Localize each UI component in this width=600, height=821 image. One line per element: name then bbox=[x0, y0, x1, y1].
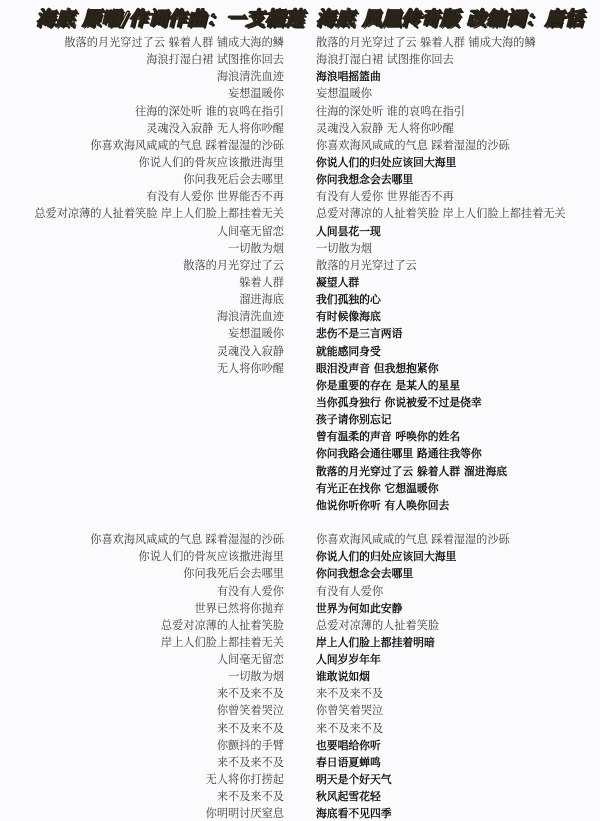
lyric-line: 散落的月光穿过了云 bbox=[0, 257, 284, 274]
lyric-line: 无人将你吵醒 bbox=[0, 360, 284, 377]
lyric-line: 散落的月光穿过了云 躲着人群 铺成大海的鳞 bbox=[316, 34, 600, 51]
lyric-line-changed: 有光正在找你 它想温暖你 bbox=[316, 480, 600, 497]
lyric-line: 海浪打湿白裙 试图推你回去 bbox=[0, 51, 284, 68]
lyric-line-changed: 明天是个好天气 bbox=[316, 771, 600, 788]
lyric-line-changed: 岸上人们脸上都挂着明暗 bbox=[316, 634, 600, 651]
lyric-line: 有没有人爱你 bbox=[0, 583, 284, 600]
lyric-line-changed: 悲伤不是三言两语 bbox=[316, 325, 600, 342]
lyric-line: 岸上人们脸上都挂着无关 bbox=[0, 634, 284, 651]
lyric-line: 总爱对凉薄的人扯着笑脸 岸上人们脸上都挂着无关 bbox=[0, 205, 284, 222]
lyric-line-changed: 你说人们的归处应该回大海里 bbox=[316, 548, 600, 565]
lyric-line: 有没有人爱你 世界能否不再 bbox=[316, 188, 600, 205]
lyric-line: 你喜欢海风咸咸的气息 踩着湿湿的沙砾 bbox=[316, 531, 600, 548]
lyric-line-changed: 海底看不见四季 bbox=[316, 805, 600, 821]
lyric-line: 你喜欢海风咸咸的气息 踩着湿湿的沙砾 bbox=[0, 531, 284, 548]
lyric-line: 你喜欢海风咸咸的气息 踩着湿湿的沙砾 bbox=[0, 137, 284, 154]
lyric-line-changed: 你问我想念会去哪里 bbox=[316, 171, 600, 188]
lyric-line: 灵魂没入寂静 无人将你吵醒 bbox=[316, 120, 600, 137]
lyric-line: 你喜欢海风咸咸的气息 踩着湿湿的沙砾 bbox=[316, 137, 600, 154]
lyric-line: 躲着人群 bbox=[0, 274, 284, 291]
lyric-line: 总爱对凉薄的人扯着笑脸 bbox=[316, 617, 600, 634]
lyric-line bbox=[0, 463, 284, 480]
lyrics-comparison-page: 海底 原唱/作词作曲：一支榴莲 海底 凤凰传奇版 改编词：唐恬 散落的月光穿过了… bbox=[0, 0, 600, 821]
lyric-line: 你明明讨厌窒息 bbox=[0, 805, 284, 821]
lyric-line bbox=[0, 445, 284, 462]
lyric-line: 来不及来不及 bbox=[0, 754, 284, 771]
lyric-line: 妄想温暖你 bbox=[0, 325, 284, 342]
lyric-line: 散落的月光穿过了云 躲着人群 铺成大海的鳞 bbox=[0, 34, 284, 51]
lyric-line: 往海的深处听 谁的哀鸣在指引 bbox=[316, 103, 600, 120]
lyric-line-changed: 你是重要的存在 是某人的星星 bbox=[316, 377, 600, 394]
lyric-line: 妄想温暖你 bbox=[0, 85, 284, 102]
lyric-line: 你问我死后会去哪里 bbox=[0, 171, 284, 188]
adapted-version-title: 海底 凤凰传奇版 改编词：唐恬 bbox=[316, 6, 584, 32]
lyric-line: 来不及来不及 bbox=[316, 720, 600, 737]
adapted-lyrics-column: 散落的月光穿过了云 躲着人群 铺成大海的鳞海浪打湿白裙 试图推你回去海浪唱摇篮曲… bbox=[316, 34, 600, 821]
lyric-line: 你曾笑着哭泣 bbox=[0, 702, 284, 719]
lyric-line: 往海的深处听 谁的哀鸣在指引 bbox=[0, 103, 284, 120]
lyric-line: 有没有人爱你 bbox=[316, 583, 600, 600]
lyric-line: 灵魂没入寂静 无人将你吵醒 bbox=[0, 120, 284, 137]
lyric-line: 海浪清洗血迹 bbox=[0, 308, 284, 325]
lyric-line-changed: 人间岁岁年年 bbox=[316, 651, 600, 668]
lyric-line bbox=[0, 377, 284, 394]
lyric-line bbox=[0, 514, 284, 531]
lyric-line: 总爱对薄凉的人扯着笑脸 岸上人们脸上都挂着无关 bbox=[316, 205, 600, 222]
lyric-line bbox=[316, 514, 600, 531]
lyric-line bbox=[0, 480, 284, 497]
lyric-line bbox=[0, 497, 284, 514]
lyric-line: 总爱对凉薄的人扯着笑脸 bbox=[0, 617, 284, 634]
lyric-line-changed: 凝望人群 bbox=[316, 274, 600, 291]
lyric-line: 来不及来不及 bbox=[0, 788, 284, 805]
lyric-line: 人间毫无留恋 bbox=[0, 223, 284, 240]
lyric-line-changed: 也要唱给你听 bbox=[316, 737, 600, 754]
lyric-line: 海浪清洗血迹 bbox=[0, 68, 284, 85]
lyric-line-changed: 就能感同身受 bbox=[316, 343, 600, 360]
lyric-line: 世界已然将你抛弃 bbox=[0, 600, 284, 617]
lyric-line-changed: 世界为何如此安静 bbox=[316, 600, 600, 617]
lyric-line bbox=[0, 428, 284, 445]
lyric-line-changed: 我们孤独的心 bbox=[316, 291, 600, 308]
lyric-line: 你曾笑着哭泣 bbox=[316, 702, 600, 719]
lyric-line: 妄想温暖你 bbox=[316, 85, 600, 102]
lyric-line: 散落的月光穿过了云 bbox=[316, 257, 600, 274]
lyric-line: 一切散为烟 bbox=[316, 240, 600, 257]
lyric-line: 一切散为烟 bbox=[0, 240, 284, 257]
lyric-line-changed: 眼泪没声音 但我想抱紧你 bbox=[316, 360, 600, 377]
lyric-line: 来不及来不及 bbox=[0, 685, 284, 702]
lyric-line-changed: 有时候像海底 bbox=[316, 308, 600, 325]
lyric-line: 来不及来不及 bbox=[0, 720, 284, 737]
lyric-line-changed: 谁敢说如烟 bbox=[316, 668, 600, 685]
lyric-line-changed: 海浪唱摇篮曲 bbox=[316, 68, 600, 85]
lyric-line-changed: 人间昙花一现 bbox=[316, 223, 600, 240]
lyric-line-changed: 春日语夏蝉鸣 bbox=[316, 754, 600, 771]
original-lyrics-column: 散落的月光穿过了云 躲着人群 铺成大海的鳞海浪打湿白裙 试图推你回去海浪清洗血迹… bbox=[0, 34, 284, 821]
lyric-line-changed: 曾有温柔的声音 呼唤你的姓名 bbox=[316, 428, 600, 445]
lyric-line-changed: 他说你听你听 有人唤你回去 bbox=[316, 497, 600, 514]
lyric-line-changed: 你问我想念会去哪里 bbox=[316, 565, 600, 582]
lyric-line bbox=[0, 394, 284, 411]
lyric-line: 灵魂没入寂静 bbox=[0, 343, 284, 360]
lyric-line: 你颤抖的手臂 bbox=[0, 737, 284, 754]
lyric-line: 你说人们的骨灰应该撒进海里 bbox=[0, 548, 284, 565]
lyric-line: 一切散为烟 bbox=[0, 668, 284, 685]
lyric-line: 海浪打湿白裙 试图推你回去 bbox=[316, 51, 600, 68]
lyric-line-changed: 你问我路会通往哪里 路通往我等你 bbox=[316, 445, 600, 462]
lyric-line: 你说人们的骨灰应该撒进海里 bbox=[0, 154, 284, 171]
lyric-line: 你问我死后会去哪里 bbox=[0, 565, 284, 582]
lyric-line-changed: 秋风起雪花轻 bbox=[316, 788, 600, 805]
lyric-line: 溜进海底 bbox=[0, 291, 284, 308]
lyric-line: 有没有人爱你 世界能否不再 bbox=[0, 188, 284, 205]
lyric-line-changed: 孩子请你别忘记 bbox=[316, 411, 600, 428]
lyric-line: 无人将你打捞起 bbox=[0, 771, 284, 788]
original-version-title: 海底 原唱/作词作曲：一支榴莲 bbox=[36, 6, 304, 32]
lyric-line-changed: 散落的月光穿过了云 躲着人群 溜进海底 bbox=[316, 463, 600, 480]
lyric-line: 人间毫无留恋 bbox=[0, 651, 284, 668]
lyric-line bbox=[0, 411, 284, 428]
lyric-line-changed: 当你孤身独行 你说被爱不过是侥幸 bbox=[316, 394, 600, 411]
lyric-line-changed: 你说人们的归处应该回大海里 bbox=[316, 154, 600, 171]
lyric-line: 来不及来不及 bbox=[316, 685, 600, 702]
